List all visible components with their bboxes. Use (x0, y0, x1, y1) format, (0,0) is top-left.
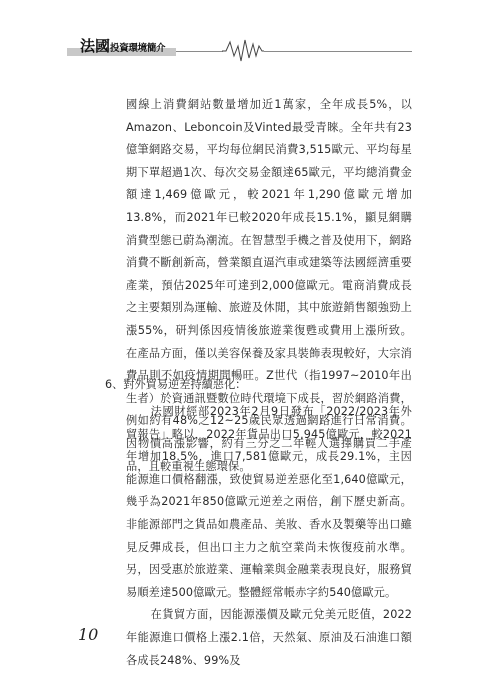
section-heading-trade-deficit: 6、對外貿易逆差持續惡化： (105, 376, 405, 392)
header-title-subtitle: 投資環境簡介 (110, 43, 165, 54)
paragraph-trade-report: 法國財經部2023年2月9日發布「2022/2023年外貿報告」略以，2022年… (126, 401, 412, 604)
header-title-country: 法國 (80, 37, 110, 55)
running-header-title: 法國投資環境簡介 (80, 38, 165, 54)
zigzag-line-icon (222, 38, 264, 64)
header-rule-right (264, 51, 412, 52)
page-header: 法國投資環境簡介 (0, 0, 480, 70)
paragraph-goods-trade: 在貨貿方面，因能源漲價及歐元兌美元貶值，2022年能源進口價格上漲2.1倍，天然… (126, 604, 412, 672)
body-text-block-trade: 法國財經部2023年2月9日發布「2022/2023年外貿報告」略以，2022年… (126, 401, 412, 672)
page-number: 10 (78, 625, 98, 644)
header-rule-left (176, 51, 223, 52)
